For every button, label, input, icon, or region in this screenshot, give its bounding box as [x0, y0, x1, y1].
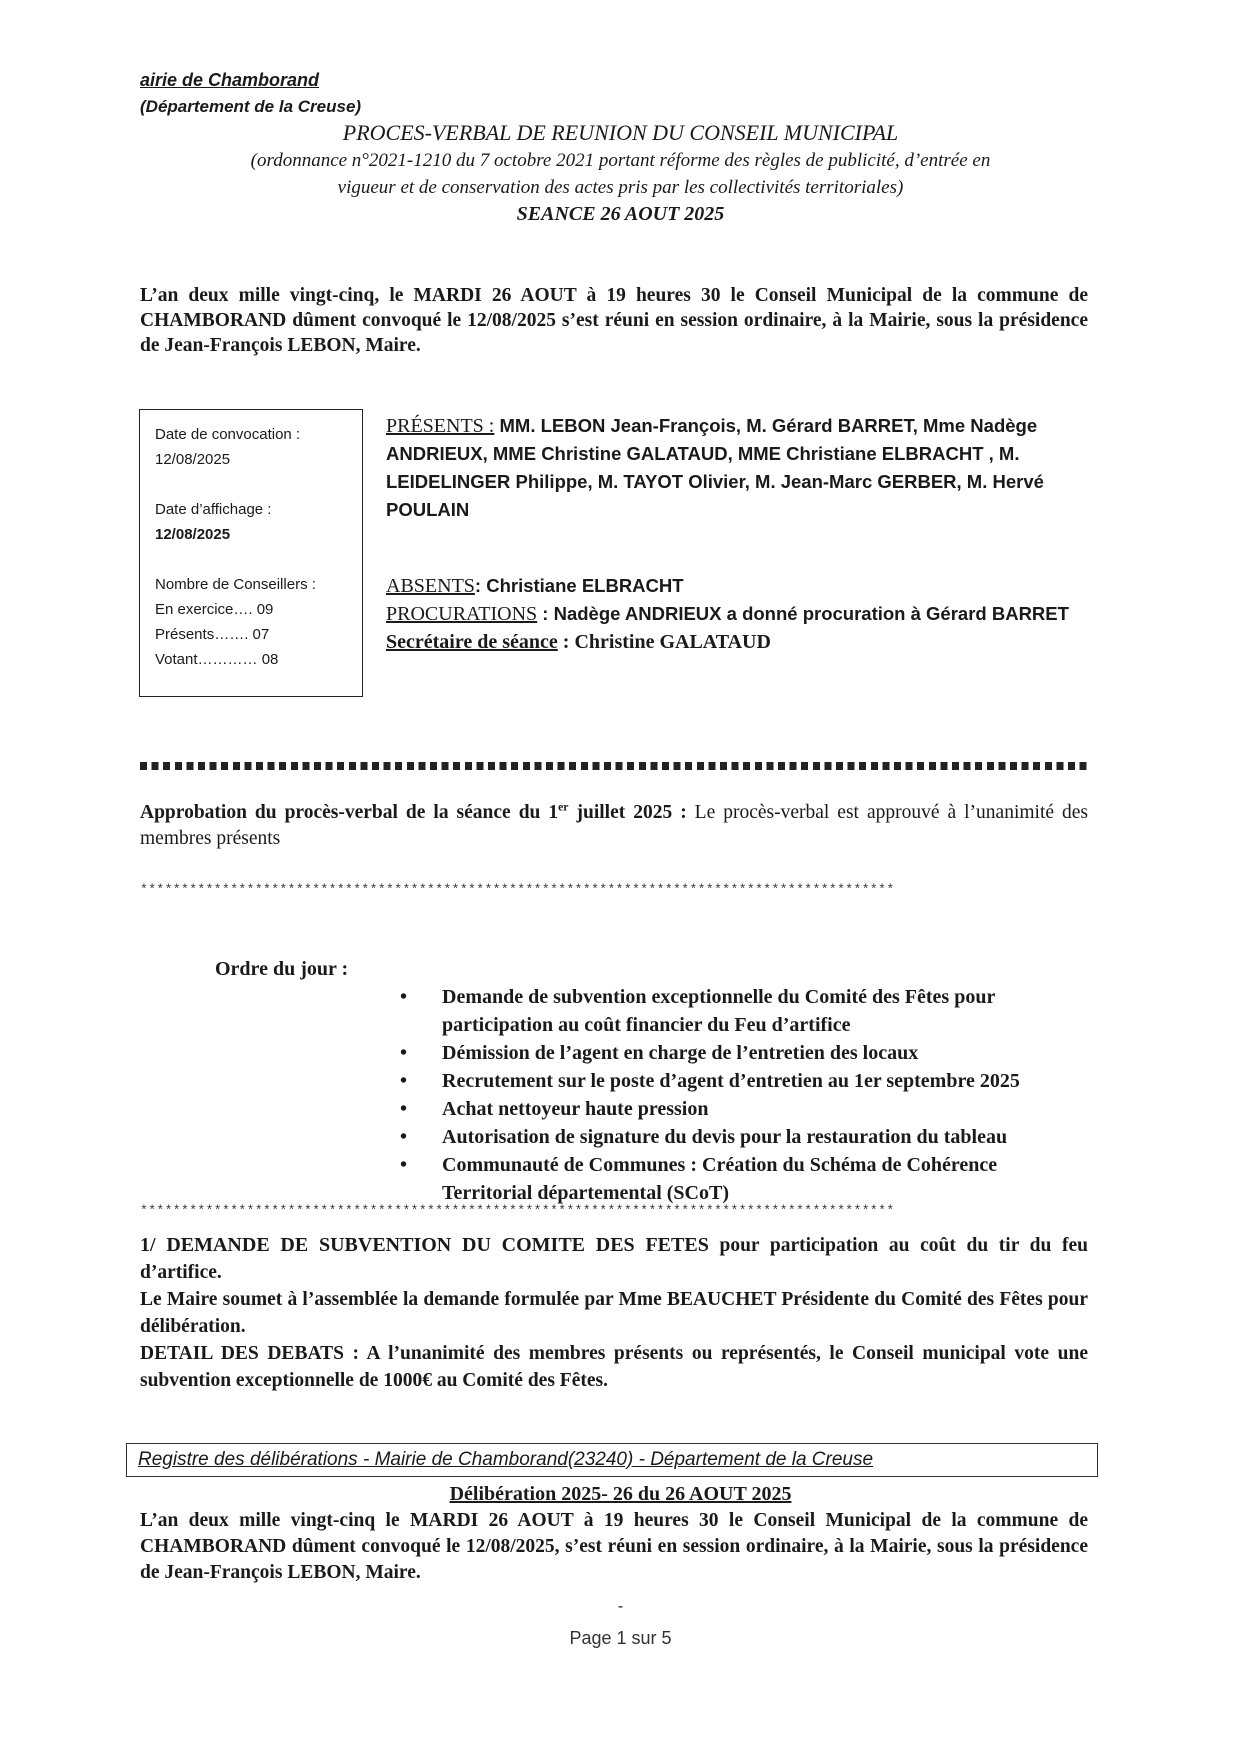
secretaire-label: Secrétaire de séance: [386, 631, 558, 653]
agenda-item: Autorisation de signature du devis pour …: [400, 1123, 1090, 1151]
registry-header-text: Registre des délibérations - Mairie de C…: [138, 1449, 873, 1470]
approval-paragraph: Approbation du procès-verbal de la séanc…: [140, 800, 1088, 852]
absences-block: ABSENTS: Christiane ELBRACHT PROCURATION…: [386, 572, 1086, 656]
section-1-request: Le Maire soumet à l’assemblée la demande…: [140, 1286, 1088, 1340]
page-number: Page 1 sur 5: [0, 1628, 1241, 1649]
section-1-debats: DETAIL DES DEBATS : A l’unanimité des me…: [140, 1340, 1088, 1394]
absents-list: : Christiane ELBRACHT: [475, 575, 684, 596]
agenda-item: Recrutement sur le poste d’agent d’entre…: [400, 1067, 1090, 1095]
star-separator: ****************************************…: [140, 1203, 1088, 1218]
seance-date: SEANCE 26 AOUT 2025: [0, 203, 1241, 226]
deliberation-title: Délibération 2025- 26 du 26 AOUT 2025: [0, 1483, 1241, 1506]
procurations-text: : Nadège ANDRIEUX a donné procuration à …: [537, 603, 1069, 624]
deliberation-body: L’an deux mille vingt-cinq le MARDI 26 A…: [140, 1508, 1088, 1586]
document-subtitle-line2: vigueur et de conservation des actes pri…: [0, 177, 1241, 199]
approval-label-post: juillet 2025 :: [569, 802, 687, 823]
registry-header-box: Registre des délibérations - Mairie de C…: [126, 1443, 1098, 1477]
procurations-label: PROCURATIONS: [386, 603, 537, 625]
approval-label-sup: er: [558, 801, 568, 814]
affichage-label: Date d’affichage :: [155, 497, 362, 522]
department-name: (Département de la Creuse): [140, 97, 361, 117]
convocation-info-box: Date de convocation : 12/08/2025 Date d’…: [139, 409, 363, 697]
convocation-date: 12/08/2025: [155, 447, 362, 472]
conseillers-label: Nombre de Conseillers :: [155, 572, 362, 597]
agenda-item: Achat nettoyeur haute pression: [400, 1095, 1090, 1123]
agenda-item: Démission de l’agent en charge de l’entr…: [400, 1039, 1090, 1067]
mairie-name: airie de Chamborand: [140, 70, 319, 91]
agenda-label: Ordre du jour :: [215, 958, 348, 981]
document-title: PROCES-VERBAL DE REUNION DU CONSEIL MUNI…: [0, 120, 1241, 146]
footer-dash: -: [0, 1598, 1241, 1616]
presents-count: Présents……. 07: [155, 622, 362, 647]
affichage-date: 12/08/2025: [155, 522, 362, 547]
intro-paragraph: L’an deux mille vingt-cinq, le MARDI 26 …: [140, 283, 1088, 358]
square-separator: [140, 762, 1088, 770]
en-exercice-count: En exercice…. 09: [155, 597, 362, 622]
presents-block: PRÉSENTS : MM. LEBON Jean-François, M. G…: [386, 412, 1086, 524]
section-1: 1/ DEMANDE DE SUBVENTION DU COMITE DES F…: [140, 1232, 1088, 1394]
agenda-list: Demande de subvention exceptionnelle du …: [400, 983, 1090, 1207]
agenda-item: Demande de subvention exceptionnelle du …: [400, 983, 1090, 1039]
secretaire-name: : Christine GALATAUD: [558, 631, 771, 653]
agenda-item: Communauté de Communes : Création du Sch…: [400, 1151, 1090, 1207]
absents-label: ABSENTS: [386, 575, 475, 597]
presents-label: PRÉSENTS :: [386, 415, 494, 437]
document-subtitle-line1: (ordonnance n°2021-1210 du 7 octobre 202…: [0, 150, 1241, 172]
star-separator: ****************************************…: [140, 882, 1088, 897]
convocation-label: Date de convocation :: [155, 422, 362, 447]
votant-count: Votant………… 08: [155, 647, 362, 672]
section-1-heading: 1/ DEMANDE DE SUBVENTION DU COMITE DES F…: [140, 1234, 709, 1256]
approval-label-pre: Approbation du procès-verbal de la séanc…: [140, 802, 558, 823]
